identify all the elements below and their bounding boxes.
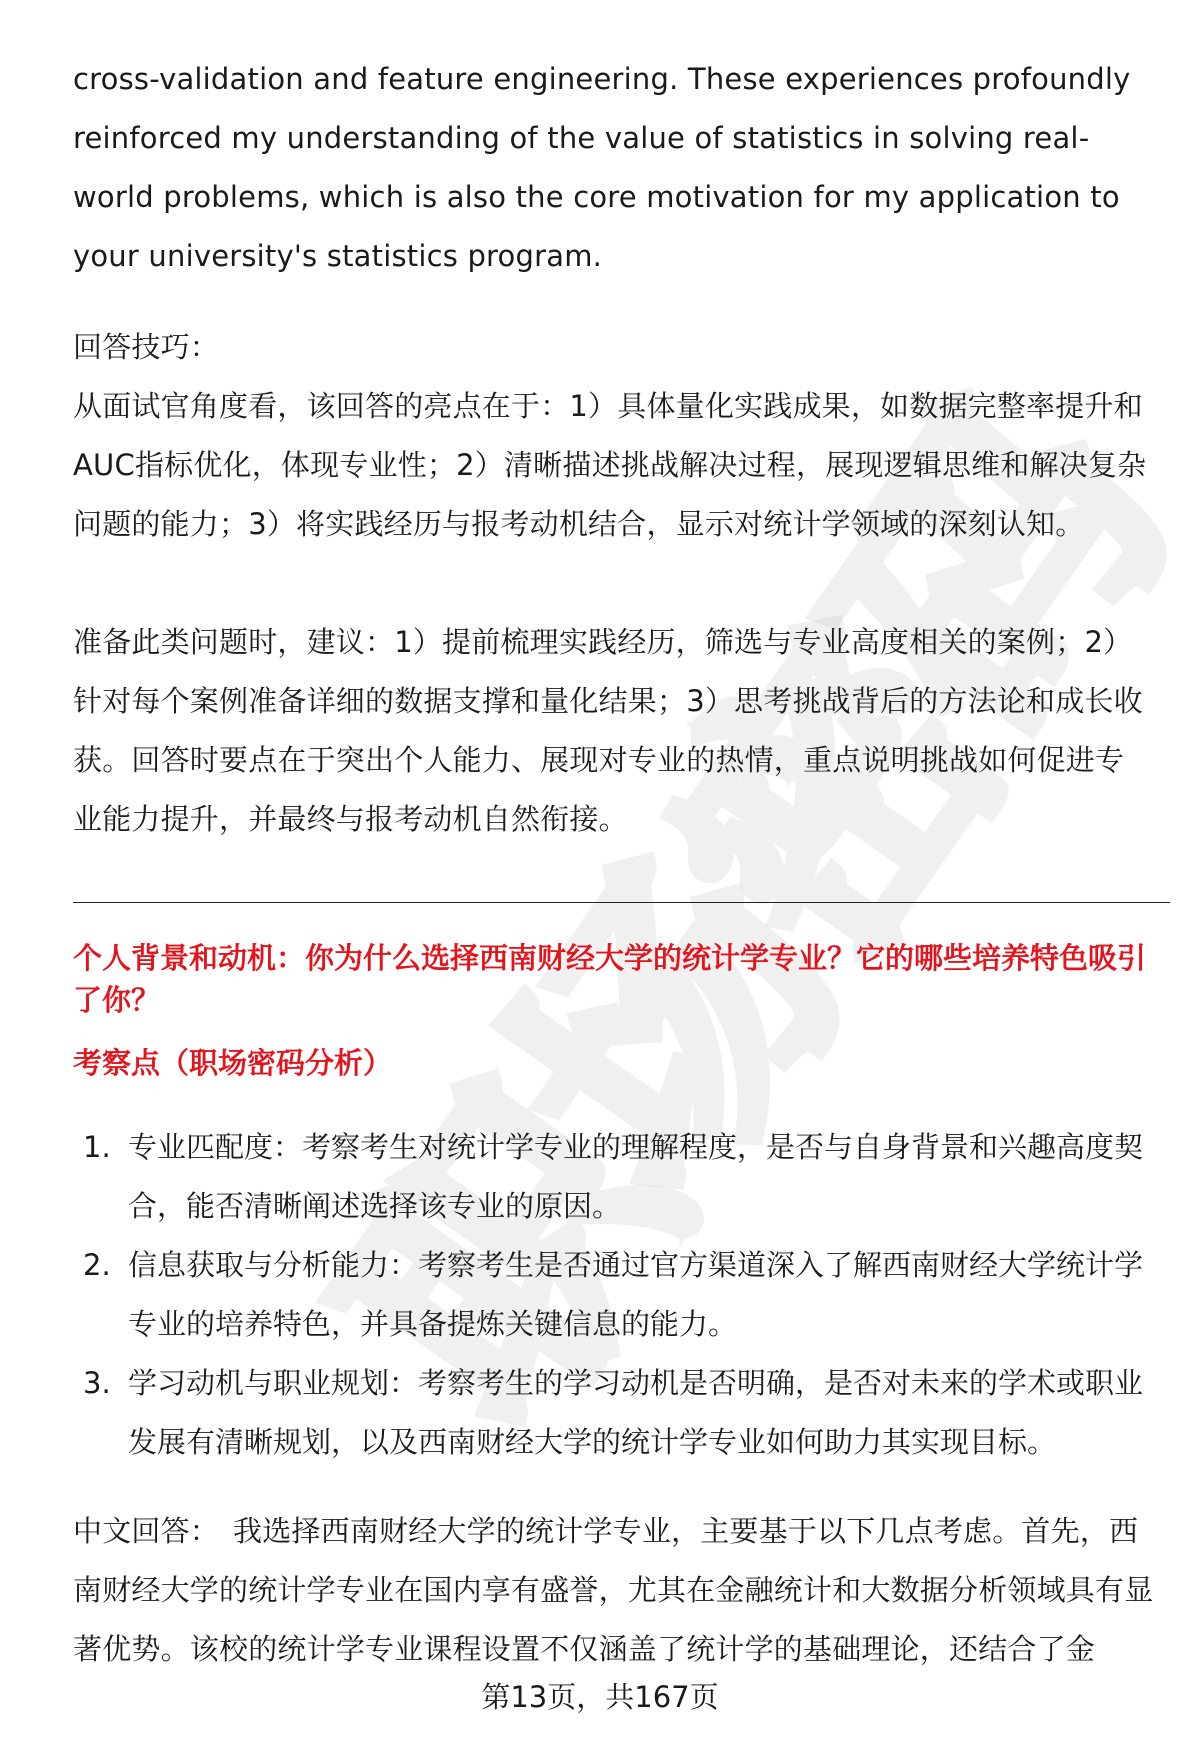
assessment-points-list: 1. 专业匹配度：考察考生对统计学专业的理解程度，是否与自身背景和兴趣高度契合，…	[73, 1118, 1153, 1472]
page-indicator: 第13页，共167页	[0, 1677, 1200, 1717]
chinese-answer-paragraph: 中文回答：我选择西南财经大学的统计学专业，主要基于以下几点考虑。首先，西南财经大…	[73, 1502, 1158, 1679]
list-item-number: 3.	[83, 1354, 111, 1413]
continuation-paragraph: cross-validation and feature engineering…	[73, 50, 1153, 286]
tips-label: 回答技巧：	[73, 318, 219, 377]
list-item-text: 信息获取与分析能力：考察考生是否通过官方渠道深入了解西南财经大学统计学专业的培养…	[128, 1248, 1143, 1341]
tips-paragraph-interviewer-view: 从面试官角度看，该回答的亮点在于：1）具体量化实践成果，如数据完整率提升和AUC…	[73, 377, 1148, 554]
list-item: 1. 专业匹配度：考察考生对统计学专业的理解程度，是否与自身背景和兴趣高度契合，…	[73, 1118, 1153, 1236]
tips-paragraph-preparation-advice: 准备此类问题时，建议：1）提前梳理实践经历，筛选与专业高度相关的案例；2）针对每…	[73, 613, 1148, 849]
list-item-number: 2.	[83, 1236, 111, 1295]
list-item-number: 1.	[83, 1118, 111, 1177]
answer-label: 中文回答：	[73, 1514, 219, 1548]
list-item: 2. 信息获取与分析能力：考察考生是否通过官方渠道深入了解西南财经大学统计学专业…	[73, 1236, 1153, 1354]
list-item-text: 学习动机与职业规划：考察考生的学习动机是否明确，是否对未来的学术或职业发展有清晰…	[128, 1366, 1143, 1459]
section-divider	[73, 902, 1170, 903]
list-item-text: 专业匹配度：考察考生对统计学专业的理解程度，是否与自身背景和兴趣高度契合，能否清…	[128, 1130, 1143, 1223]
list-item: 3. 学习动机与职业规划：考察考生的学习动机是否明确，是否对未来的学术或职业发展…	[73, 1354, 1153, 1472]
answer-text: 我选择西南财经大学的统计学专业，主要基于以下几点考虑。首先，西南财经大学的统计学…	[73, 1514, 1153, 1666]
assessment-points-heading: 考察点（职场密码分析）	[73, 1042, 392, 1084]
question-heading: 个人背景和动机：你为什么选择西南财经大学的统计学专业？它的哪些培养特色吸引了你？	[73, 937, 1153, 1021]
